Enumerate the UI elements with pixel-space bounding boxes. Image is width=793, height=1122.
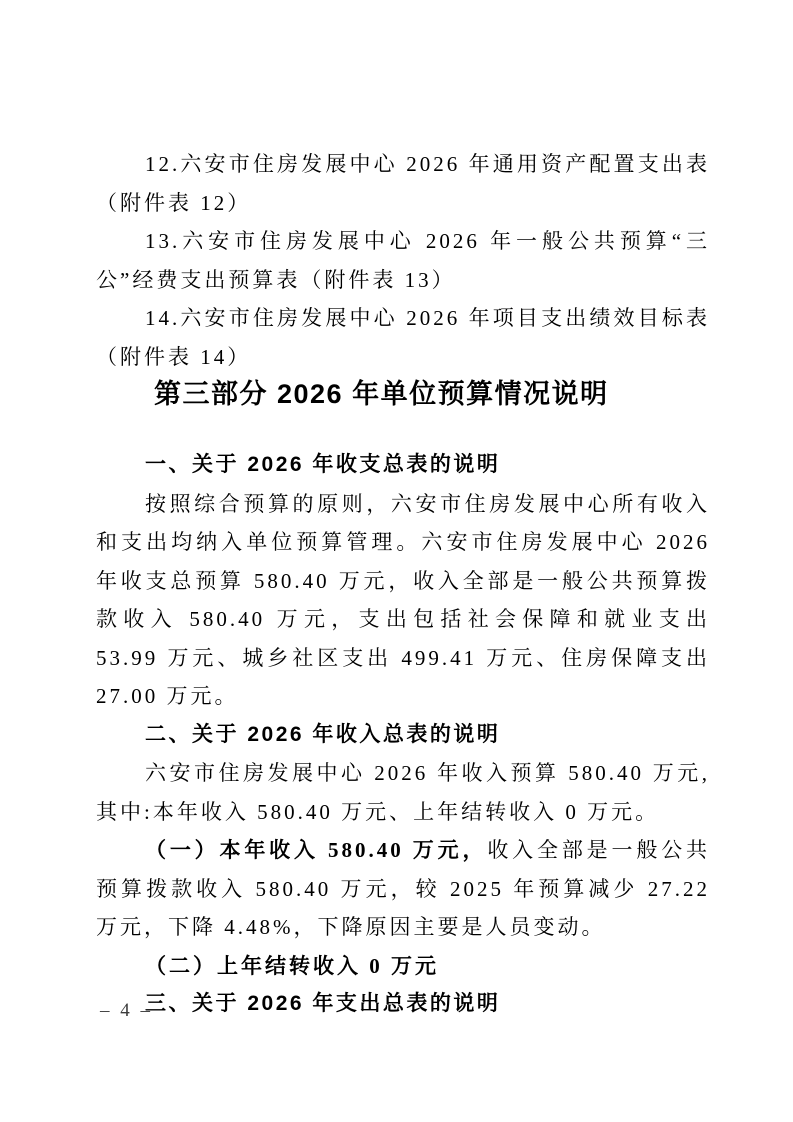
section2-item1-lead: （一）本年收入 580.40 万元， bbox=[145, 838, 487, 862]
section1-body: 按照综合预算的原则，六安市住房发展中心所有收入和支出均纳入单位预算管理。六安市住… bbox=[96, 485, 710, 716]
section3-title: 三、关于 2026 年支出总表的说明 bbox=[96, 985, 710, 1024]
section2-body: 六安市住房发展中心 2026 年收入预算 580.40 万元,其中:本年收入 5… bbox=[96, 754, 710, 831]
document-page: 12.六安市住房发展中心 2026 年通用资产配置支出表（附件表 12） 13.… bbox=[0, 0, 793, 1122]
page-number: – 4 – bbox=[100, 998, 153, 1023]
section1-title: 一、关于 2026 年收支总表的说明 bbox=[96, 446, 710, 485]
attachment-item-12: 12.六安市住房发展中心 2026 年通用资产配置支出表（附件表 12） bbox=[96, 145, 710, 222]
page-content: 12.六安市住房发展中心 2026 年通用资产配置支出表（附件表 12） 13.… bbox=[96, 145, 710, 1024]
part3-heading: 第三部分 2026 年单位预算情况说明 bbox=[96, 372, 710, 416]
section2-item1: （一）本年收入 580.40 万元，收入全部是一般公共预算拨款收入 580.40… bbox=[96, 831, 710, 947]
section2-item2: （二）上年结转收入 0 万元 bbox=[96, 947, 710, 986]
section2-title: 二、关于 2026 年收入总表的说明 bbox=[96, 716, 710, 755]
attachment-item-13: 13.六安市住房发展中心 2026 年一般公共预算“三公”经费支出预算表（附件表… bbox=[96, 222, 710, 299]
attachment-item-14: 14.六安市住房发展中心 2026 年项目支出绩效目标表（附件表 14） bbox=[96, 299, 710, 376]
